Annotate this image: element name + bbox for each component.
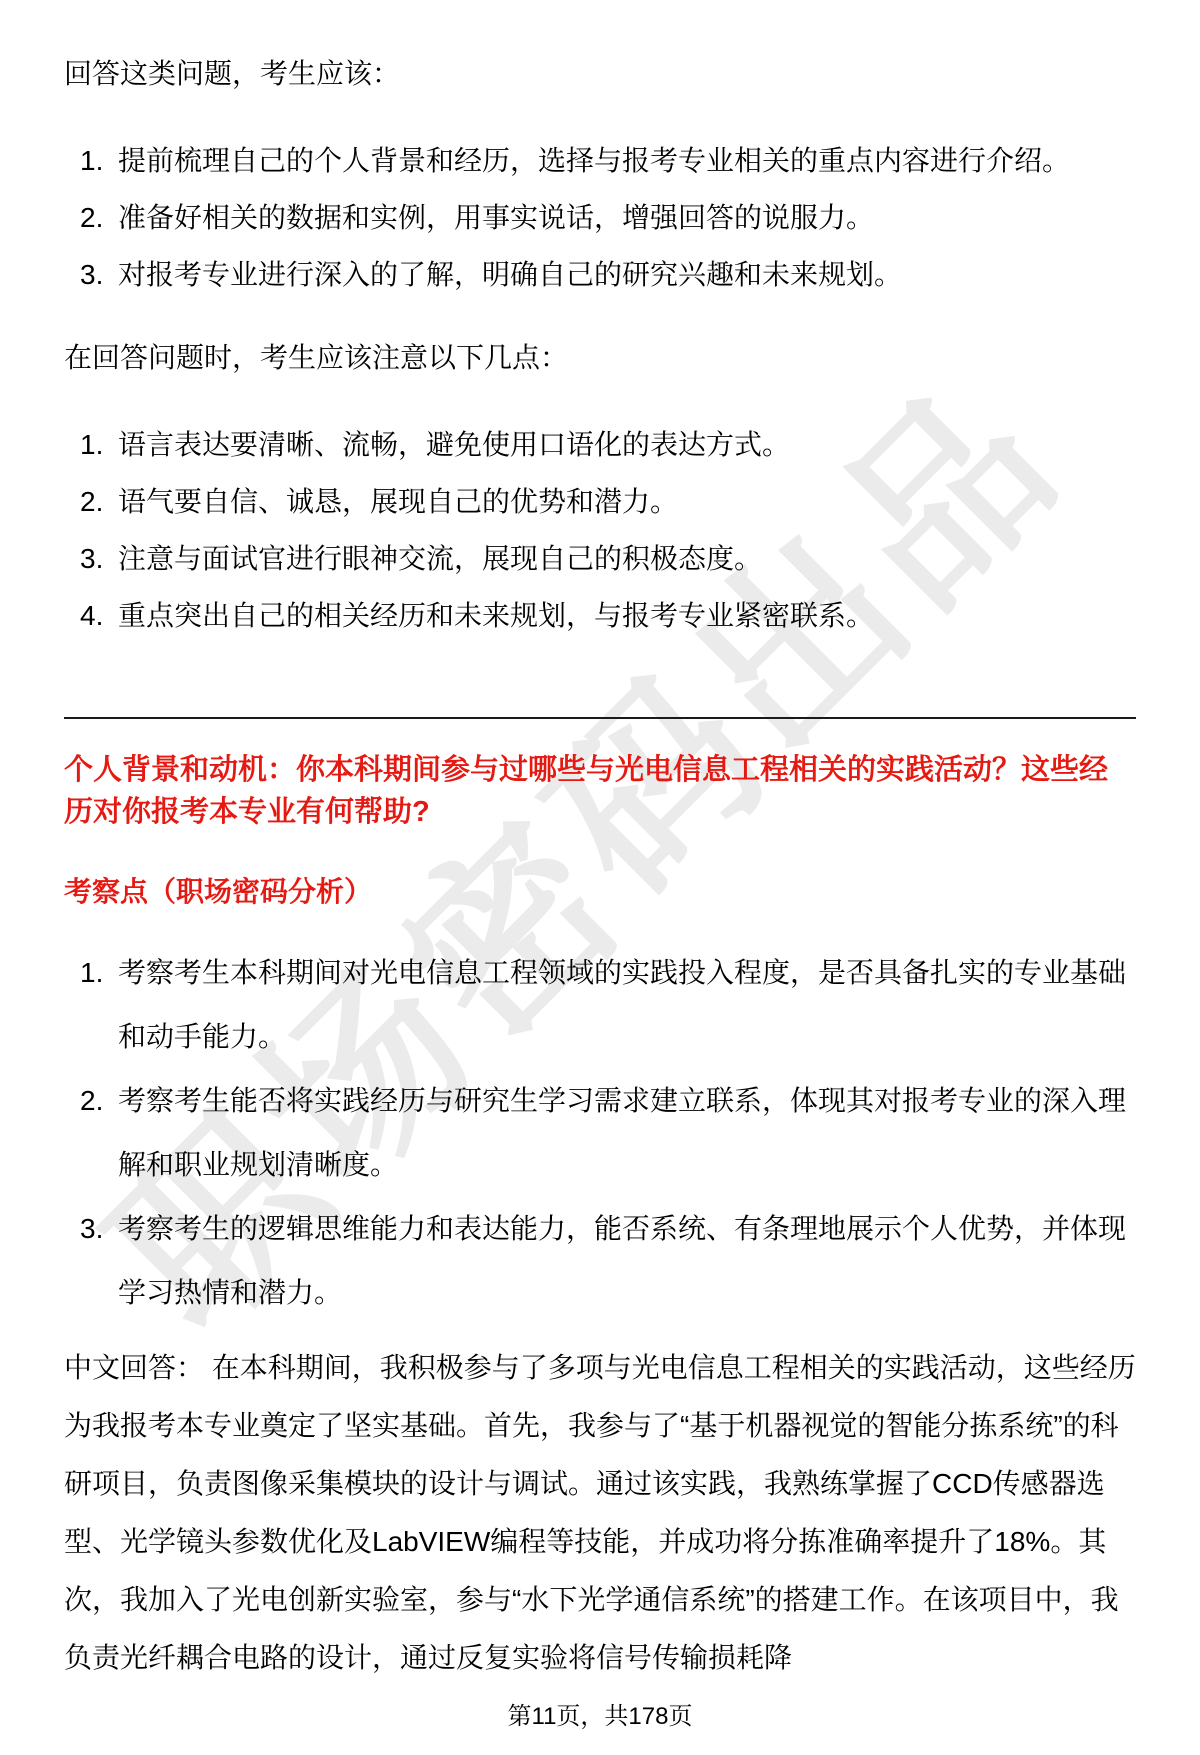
list-item-number: 1. bbox=[80, 941, 118, 1069]
list-item: 3. 考察考生的逻辑思维能力和表达能力，能否系统、有条理地展示个人优势，并体现学… bbox=[64, 1197, 1136, 1325]
list-item-text: 考察考生本科期间对光电信息工程领域的实践投入程度，是否具备扎实的专业基础和动手能… bbox=[118, 941, 1136, 1069]
list-item: 1. 考察考生本科期间对光电信息工程领域的实践投入程度，是否具备扎实的专业基础和… bbox=[64, 941, 1136, 1069]
list-item-number: 3. bbox=[80, 1197, 118, 1325]
list-item-number: 2. bbox=[80, 485, 118, 519]
list-item-number: 3. bbox=[80, 258, 118, 292]
list-item-text: 重点突出自己的相关经历和未来规划，与报考专业紧密联系。 bbox=[118, 599, 1136, 633]
list-item-number: 1. bbox=[80, 428, 118, 462]
page-footer: 第11页，共178页 bbox=[0, 1696, 1200, 1731]
analysis-list: 1. 考察考生本科期间对光电信息工程领域的实践投入程度，是否具备扎实的专业基础和… bbox=[64, 941, 1136, 1325]
question-title: 个人背景和动机：你本科期间参与过哪些与光电信息工程相关的实践活动？这些经历对你报… bbox=[64, 749, 1136, 833]
list-item-text: 语言表达要清晰、流畅，避免使用口语化的表达方式。 bbox=[118, 428, 1136, 462]
list-item-text: 语气要自信、诚恳，展现自己的优势和潜力。 bbox=[118, 485, 1136, 519]
list-item: 2. 考察考生能否将实践经历与研究生学习需求建立联系，体现其对报考专业的深入理解… bbox=[64, 1069, 1136, 1197]
list-item-text: 考察考生的逻辑思维能力和表达能力，能否系统、有条理地展示个人优势，并体现学习热情… bbox=[118, 1197, 1136, 1325]
list-item: 2. 语气要自信、诚恳，展现自己的优势和潜力。 bbox=[64, 485, 1136, 519]
intro-lead: 回答这类问题，考生应该： bbox=[64, 0, 1136, 92]
list-item: 3. 注意与面试官进行眼神交流，展现自己的积极态度。 bbox=[64, 542, 1136, 576]
question-subtitle: 考察点（职场密码分析） bbox=[64, 871, 1136, 913]
section-divider bbox=[64, 717, 1136, 719]
document-page: 职场密码出品 回答这类问题，考生应该： 1. 提前梳理自己的个人背景和经历，选择… bbox=[0, 0, 1200, 1755]
list-item: 4. 重点突出自己的相关经历和未来规划，与报考专业紧密联系。 bbox=[64, 599, 1136, 633]
list-item: 2. 准备好相关的数据和实例，用事实说话，增强回答的说服力。 bbox=[64, 201, 1136, 235]
list-item: 1. 提前梳理自己的个人背景和经历，选择与报考专业相关的重点内容进行介绍。 bbox=[64, 144, 1136, 178]
answer-paragraph: 中文回答： 在本科期间，我积极参与了多项与光电信息工程相关的实践活动，这些经历为… bbox=[64, 1339, 1136, 1687]
page-content: 回答这类问题，考生应该： 1. 提前梳理自己的个人背景和经历，选择与报考专业相关… bbox=[0, 0, 1200, 1687]
list-item-number: 2. bbox=[80, 1069, 118, 1197]
list-item-number: 4. bbox=[80, 599, 118, 633]
list-item-number: 3. bbox=[80, 542, 118, 576]
notes-lead: 在回答问题时，考生应该注意以下几点： bbox=[64, 340, 1136, 376]
list-item: 3. 对报考专业进行深入的了解，明确自己的研究兴趣和未来规划。 bbox=[64, 258, 1136, 292]
intro-list: 1. 提前梳理自己的个人背景和经历，选择与报考专业相关的重点内容进行介绍。 2.… bbox=[64, 144, 1136, 292]
list-item-text: 提前梳理自己的个人背景和经历，选择与报考专业相关的重点内容进行介绍。 bbox=[118, 144, 1136, 178]
list-item-text: 准备好相关的数据和实例，用事实说话，增强回答的说服力。 bbox=[118, 201, 1136, 235]
list-item-text: 注意与面试官进行眼神交流，展现自己的积极态度。 bbox=[118, 542, 1136, 576]
list-item-number: 2. bbox=[80, 201, 118, 235]
list-item-text: 对报考专业进行深入的了解，明确自己的研究兴趣和未来规划。 bbox=[118, 258, 1136, 292]
list-item-text: 考察考生能否将实践经历与研究生学习需求建立联系，体现其对报考专业的深入理解和职业… bbox=[118, 1069, 1136, 1197]
notes-list: 1. 语言表达要清晰、流畅，避免使用口语化的表达方式。 2. 语气要自信、诚恳，… bbox=[64, 428, 1136, 633]
list-item-number: 1. bbox=[80, 144, 118, 178]
list-item: 1. 语言表达要清晰、流畅，避免使用口语化的表达方式。 bbox=[64, 428, 1136, 462]
